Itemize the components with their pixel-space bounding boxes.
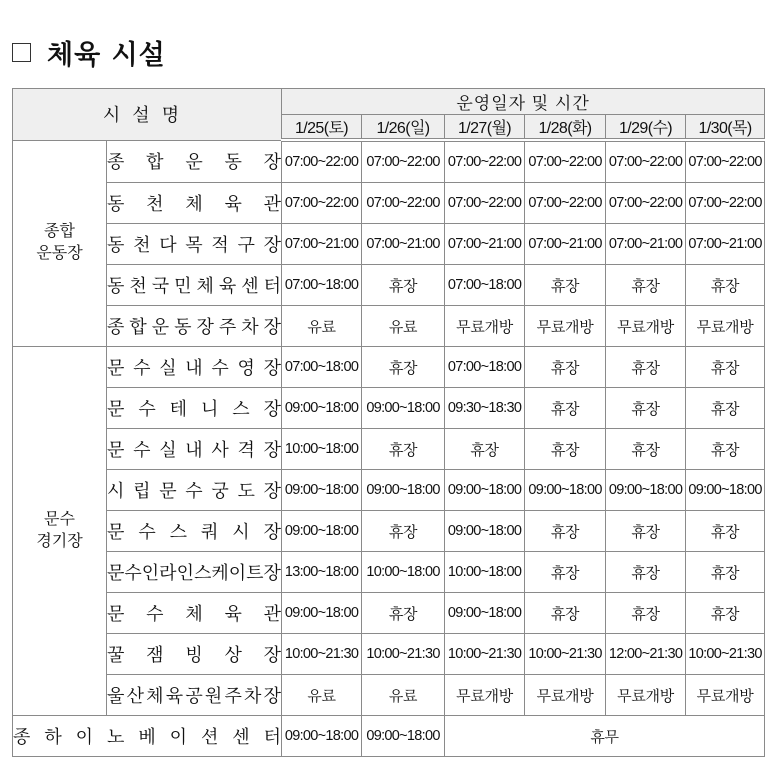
hours-cell: 07:00~22:00: [606, 183, 686, 224]
hours-cell: 07:00~22:00: [282, 183, 362, 224]
group-name-line2: 경기장: [13, 531, 106, 553]
hours-cell: 07:00~21:00: [362, 224, 445, 265]
table-row: 문수인라인스케이트장13:00~18:0010:00~18:0010:00~18…: [13, 552, 765, 593]
facility-schedule-table: 시설명 운영일자 및 시간 1/25(토) 1/26(일) 1/27(월) 1/…: [12, 88, 765, 757]
checkbox-square-icon: [12, 43, 31, 62]
hours-cell: 07:00~21:00: [282, 224, 362, 265]
facility-name-text: 종하이노베이션센터: [13, 723, 281, 749]
hours-cell: 09:00~18:00: [445, 511, 525, 552]
table-row: 종하이노베이션센터09:00~18:0009:00~18:00휴무: [13, 716, 765, 757]
table-row: 문수실내사격장10:00~18:00휴장휴장휴장휴장휴장: [13, 429, 765, 470]
hours-cell: 09:00~18:00: [362, 388, 445, 429]
hours-cell: 휴장: [525, 347, 606, 388]
hours-cell: 무료개방: [686, 675, 765, 716]
table-row: 울산체육공원주차장유료유료무료개방무료개방무료개방무료개방: [13, 675, 765, 716]
hours-cell: 07:00~22:00: [686, 183, 765, 224]
hours-cell: 09:00~18:00: [282, 470, 362, 511]
hours-cell: 휴장: [525, 593, 606, 634]
hours-cell: 휴장: [686, 429, 765, 470]
hours-cell: 휴장: [686, 265, 765, 306]
hours-cell: 휴장: [686, 511, 765, 552]
hours-cell: 10:00~21:30: [362, 634, 445, 675]
hours-cell: 휴장: [525, 429, 606, 470]
hours-cell: 휴장: [606, 511, 686, 552]
hours-cell: 휴장: [362, 347, 445, 388]
hours-cell: 09:00~18:00: [525, 470, 606, 511]
facility-name: 꿀잼빙상장: [107, 634, 282, 675]
hours-cell: 유료: [362, 675, 445, 716]
hours-cell: 유료: [362, 306, 445, 347]
hours-cell: 09:00~18:00: [445, 470, 525, 511]
table-row: 문수스쿼시장09:00~18:00휴장09:00~18:00휴장휴장휴장: [13, 511, 765, 552]
hours-cell: 휴장: [362, 593, 445, 634]
table-row: 꿀잼빙상장10:00~21:3010:00~21:3010:00~21:3010…: [13, 634, 765, 675]
hours-cell: 무료개방: [525, 675, 606, 716]
hours-cell: 휴장: [362, 511, 445, 552]
hours-cell: 10:00~18:00: [282, 429, 362, 470]
hours-cell: 휴장: [362, 265, 445, 306]
facility-name: 시립문수궁도장: [107, 470, 282, 511]
hours-cell: 휴장: [606, 265, 686, 306]
facility-name-text: 울산체육공원주차장: [107, 682, 281, 708]
facility-name: 울산체육공원주차장: [107, 675, 282, 716]
facility-name: 문수테니스장: [107, 388, 282, 429]
hours-cell: 휴장: [606, 347, 686, 388]
hours-cell: 휴장: [606, 593, 686, 634]
hours-cell: 09:00~18:00: [686, 470, 765, 511]
facility-name-text: 문수스쿼시장: [107, 518, 281, 544]
facility-name-text: 문수테니스장: [107, 395, 281, 421]
hours-cell: 12:00~21:30: [606, 634, 686, 675]
table-row: 시립문수궁도장09:00~18:0009:00~18:0009:00~18:00…: [13, 470, 765, 511]
table-row: 동천국민체육센터07:00~18:00휴장07:00~18:00휴장휴장휴장: [13, 265, 765, 306]
facility-name: 동천다목적구장: [107, 224, 282, 265]
facility-column-header: 시설명: [13, 89, 282, 141]
facility-name: 문수실내수영장: [107, 347, 282, 388]
hours-cell: 휴장: [686, 388, 765, 429]
hours-cell: 07:00~18:00: [445, 265, 525, 306]
hours-cell: 07:00~22:00: [445, 183, 525, 224]
hours-cell: 09:00~18:00: [606, 470, 686, 511]
facility-name-text: 문수체육관: [107, 600, 281, 626]
date-header: 1/29(수): [606, 115, 686, 141]
hours-cell: 휴장: [686, 593, 765, 634]
table-row: 동천다목적구장07:00~21:0007:00~21:0007:00~21:00…: [13, 224, 765, 265]
hours-cell: 휴장: [525, 265, 606, 306]
hours-cell: 07:00~21:00: [525, 224, 606, 265]
date-header: 1/28(화): [525, 115, 606, 141]
table-row: 문수체육관09:00~18:00휴장09:00~18:00휴장휴장휴장: [13, 593, 765, 634]
group-name-line1: 문수: [13, 509, 106, 531]
group-name-line2: 운동장: [13, 243, 106, 265]
hours-cell: 07:00~18:00: [445, 347, 525, 388]
date-header: 1/30(목): [686, 115, 765, 141]
hours-cell: 무료개방: [445, 675, 525, 716]
hours-cell: 09:00~18:00: [445, 593, 525, 634]
facility-name-text: 문수실내사격장: [107, 436, 281, 462]
date-header: 1/26(일): [362, 115, 445, 141]
hours-cell: 휴장: [606, 552, 686, 593]
hours-cell: 07:00~22:00: [686, 140, 765, 183]
facility-name-text: 꿀잼빙상장: [107, 641, 281, 667]
hours-cell: 10:00~21:30: [525, 634, 606, 675]
hours-cell: 07:00~21:00: [606, 224, 686, 265]
hours-cell: 휴장: [686, 347, 765, 388]
hours-cell: 07:00~22:00: [362, 183, 445, 224]
hours-cell: 09:00~18:00: [282, 511, 362, 552]
facility-name: 문수실내사격장: [107, 429, 282, 470]
facility-name-text: 문수인라인스케이트장: [107, 559, 281, 585]
hours-cell: 09:00~18:00: [362, 716, 445, 757]
facility-group: 문수경기장: [13, 347, 107, 716]
section-title: 체육 시설: [12, 32, 166, 72]
facility-name: 문수인라인스케이트장: [107, 552, 282, 593]
facility-name-text: 동천국민체육센터: [107, 272, 281, 298]
hours-cell: 07:00~22:00: [525, 183, 606, 224]
facility-name: 종합운동장: [107, 140, 282, 183]
hours-cell: 10:00~21:30: [686, 634, 765, 675]
hours-cell: 07:00~22:00: [525, 140, 606, 183]
facility-name: 문수스쿼시장: [107, 511, 282, 552]
facility-name: 문수체육관: [107, 593, 282, 634]
hours-cell: 07:00~18:00: [282, 265, 362, 306]
hours-cell: 09:30~18:30: [445, 388, 525, 429]
group-name-line1: 종합: [13, 221, 106, 243]
facility-name-text: 문수실내수영장: [107, 354, 281, 380]
facility-name: 동천국민체육센터: [107, 265, 282, 306]
facility-name-text: 시립문수궁도장: [107, 477, 281, 503]
operation-column-header: 운영일자 및 시간: [282, 89, 765, 115]
facility-name-text: 동천체육관: [107, 190, 281, 216]
facility-name-text: 종합운동장주차장: [107, 313, 281, 339]
hours-cell: 무료개방: [525, 306, 606, 347]
hours-cell: 유료: [282, 306, 362, 347]
hours-cell: 09:00~18:00: [282, 388, 362, 429]
hours-cell: 07:00~22:00: [282, 140, 362, 183]
hours-cell: 10:00~18:00: [445, 552, 525, 593]
date-header: 1/25(토): [282, 115, 362, 141]
facility-name-text: 동천다목적구장: [107, 231, 281, 257]
hours-cell: 휴장: [525, 511, 606, 552]
hours-cell: 10:00~21:30: [445, 634, 525, 675]
hours-cell: 휴장: [525, 552, 606, 593]
table-row: 종합운동장종합운동장07:00~22:0007:00~22:0007:00~22…: [13, 140, 765, 183]
facility-group: 종합운동장: [13, 140, 107, 347]
date-header: 1/27(월): [445, 115, 525, 141]
closed-note-cell: 휴무: [445, 716, 765, 757]
hours-cell: 무료개방: [606, 306, 686, 347]
table-row: 동천체육관07:00~22:0007:00~22:0007:00~22:0007…: [13, 183, 765, 224]
hours-cell: 10:00~18:00: [362, 552, 445, 593]
hours-cell: 휴장: [525, 388, 606, 429]
hours-cell: 07:00~22:00: [362, 140, 445, 183]
hours-cell: 09:00~18:00: [362, 470, 445, 511]
hours-cell: 07:00~21:00: [445, 224, 525, 265]
hours-cell: 무료개방: [445, 306, 525, 347]
hours-cell: 휴장: [606, 388, 686, 429]
hours-cell: 09:00~18:00: [282, 716, 362, 757]
facility-name: 종하이노베이션센터: [13, 716, 282, 757]
hours-cell: 무료개방: [606, 675, 686, 716]
hours-cell: 07:00~22:00: [445, 140, 525, 183]
hours-cell: 휴장: [686, 552, 765, 593]
hours-cell: 13:00~18:00: [282, 552, 362, 593]
hours-cell: 07:00~22:00: [606, 140, 686, 183]
facility-name-text: 종합운동장: [107, 148, 281, 174]
table-row: 문수테니스장09:00~18:0009:00~18:0009:30~18:30휴…: [13, 388, 765, 429]
hours-cell: 휴장: [362, 429, 445, 470]
hours-cell: 10:00~21:30: [282, 634, 362, 675]
section-title-text: 체육 시설: [47, 33, 166, 72]
facility-name: 종합운동장주차장: [107, 306, 282, 347]
hours-cell: 07:00~18:00: [282, 347, 362, 388]
hours-cell: 무료개방: [686, 306, 765, 347]
hours-cell: 09:00~18:00: [282, 593, 362, 634]
hours-cell: 휴장: [445, 429, 525, 470]
hours-cell: 07:00~21:00: [686, 224, 765, 265]
table-row: 종합운동장주차장유료유료무료개방무료개방무료개방무료개방: [13, 306, 765, 347]
hours-cell: 유료: [282, 675, 362, 716]
facility-name: 동천체육관: [107, 183, 282, 224]
table-row: 문수경기장문수실내수영장07:00~18:00휴장07:00~18:00휴장휴장…: [13, 347, 765, 388]
hours-cell: 휴장: [606, 429, 686, 470]
